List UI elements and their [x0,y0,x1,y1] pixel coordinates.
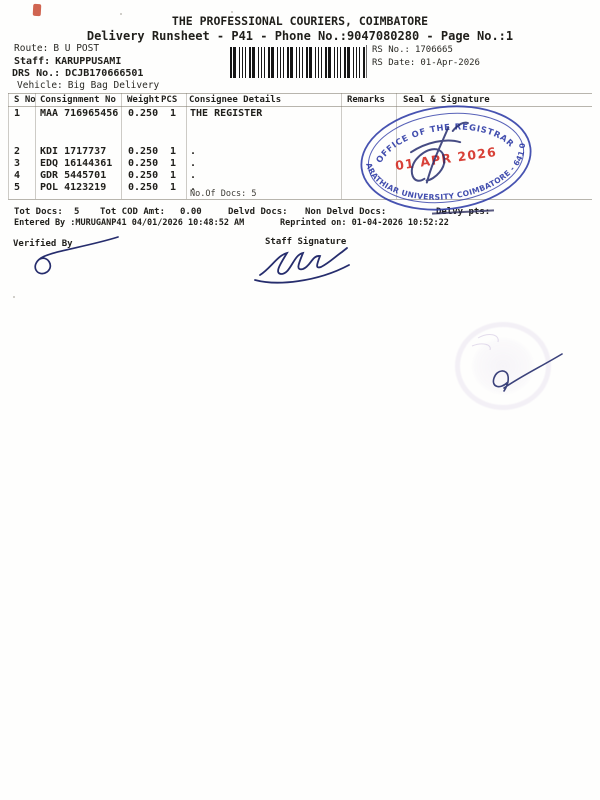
cell-pcs: 1 [170,182,176,194]
tot-cod-label: Tot COD Amt: [100,207,165,217]
rs-date-line: RS Date: 01-Apr-2026 [372,58,480,68]
cell-pcs: 1 [170,158,176,170]
table-col-rule [35,93,36,199]
cell-consignee: . [190,158,196,170]
verified-by-signature [14,231,126,285]
tot-docs-value: 5 [74,207,79,217]
col-header-sno: S No [14,95,36,105]
tot-docs-label: Tot Docs: [14,207,63,217]
table-col-rule [121,93,122,199]
staff-line: Staff: KARUPPUSAMI [14,56,121,68]
cell-consignee: . [190,170,196,182]
cell-consignment: KDI 1717737 [40,146,106,158]
cell-consignee: . [190,146,196,158]
cell-consignment: EDQ 16144361 [40,158,112,170]
vehicle-label: Vehicle: [17,81,63,92]
drs-value: DCJB170666501 [65,68,143,80]
table-top-rule [8,93,592,94]
table-col-rule [8,93,9,199]
staff-value: KARUPPUSAMI [55,56,121,68]
rs-date-value: 01-Apr-2026 [420,58,480,68]
registrar-seal-stamp: ★ OFFICE OF THE REGISTRAR ★ BHARATHIAR U… [356,102,536,220]
no-of-docs: No.Of Docs: 5 [190,190,257,200]
scan-speck [231,11,233,13]
cell-weight: 0.250 [128,182,158,194]
drs-label: DRS No.: [12,68,60,80]
col-header-weight: Weight [127,95,160,105]
runsheet-barcode [230,47,367,78]
rs-date-label: RS Date: [372,58,415,68]
page-title: THE PROFESSIONAL COURIERS, COIMBATORE [0,15,600,28]
cell-consignee: THE REGISTER [190,108,262,120]
cell-sno: 1 [14,108,20,120]
cell-pcs: 1 [170,108,176,120]
cell-consignment: MAA 716965456 [40,108,118,120]
cell-pcs: 1 [170,146,176,158]
rs-no-label: RS No.: [372,45,410,55]
reprinted-on-line: Reprinted on: 01-04-2026 10:52:22 [280,219,449,229]
scan-speck [13,296,15,298]
cell-weight: 0.250 [128,108,158,120]
cell-weight: 0.250 [128,158,158,170]
vehicle-value: Big Bag Delivery [68,81,160,92]
tot-cod-value: 0.00 [180,207,202,217]
rs-no-line: RS No.: 1706665 [372,45,453,55]
route-line: Route: B U POST [14,44,99,55]
cell-sno: 3 [14,158,20,170]
col-header-consignment: Consignment No [40,95,116,105]
route-value: B U POST [53,44,99,55]
stamp-date: 01 APR 2026 [394,144,498,173]
page-subtitle: Delivery Runsheet - P41 - Phone No.:9047… [0,30,600,44]
staff-label: Staff: [14,56,50,68]
cell-weight: 0.250 [128,170,158,182]
cell-consignment: POL 4123219 [40,182,106,194]
delivery-runsheet-document: THE PROFESSIONAL COURIERS, COIMBATORE De… [0,0,600,800]
vehicle-line: Vehicle: Big Bag Delivery [17,81,159,92]
cell-sno: 2 [14,146,20,158]
cell-consignment: GDR 5445701 [40,170,106,182]
table-col-rule [341,93,342,199]
col-header-pcs: PCS [161,95,177,105]
col-header-consignee: Consignee Details [189,95,281,105]
cell-weight: 0.250 [128,146,158,158]
entered-by-line: Entered By :MURUGANP41 04/01/2026 10:48:… [14,219,244,229]
rs-no-value: 1706665 [415,45,453,55]
swoosh-signature-stroke [493,354,562,391]
staff-signature [252,243,362,289]
cell-pcs: 1 [170,170,176,182]
delvd-docs-label: Delvd Docs: [228,207,288,217]
cell-sno: 4 [14,170,20,182]
rs-box-divider [366,45,367,78]
route-label: Route: [14,44,48,55]
drs-line: DRS No.: DCJB170666501 [12,68,143,80]
cell-sno: 5 [14,182,20,194]
bottom-right-signature [448,338,570,400]
table-col-rule [186,93,187,199]
